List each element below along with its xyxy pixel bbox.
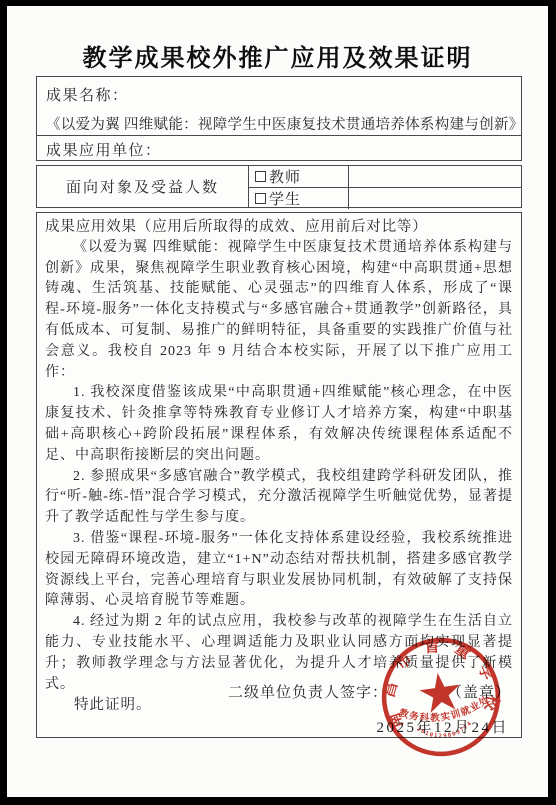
page-title: 教学成果校外推广应用及效果证明 xyxy=(7,38,548,73)
student-checkbox xyxy=(255,193,266,204)
audience-table: 面向对象及受益人数 教师 学生 xyxy=(36,165,522,208)
audience-grid: 教师 学生 xyxy=(249,166,521,207)
teacher-count-cell xyxy=(349,166,521,188)
achievement-info-table: 成果名称： 《以爱为翼 四维赋能：视障学生中医康复技术贯通培养体系构建与创新》 … xyxy=(36,76,522,161)
effect-header: 成果应用效果（应用后所取得的成效、应用前后对比等） xyxy=(45,217,513,238)
achievement-name-label: 成果名称： xyxy=(46,84,512,105)
effect-paragraph: 2. 参照成果“多感官融合”教学模式，我校组建跨学科研发团队，推行“听-触-练-… xyxy=(45,467,513,529)
achievement-name-row: 成果名称： 《以爱为翼 四维赋能：视障学生中医康复技术贯通培养体系构建与创新》 xyxy=(37,77,521,136)
student-checkbox-label: 学生 xyxy=(269,188,301,209)
audience-option-student: 学生 xyxy=(249,188,349,209)
signature-label: 二级单位负责人签字： xyxy=(228,681,388,702)
applying-unit-label: 成果应用单位： xyxy=(37,136,521,160)
audience-label: 面向对象及受益人数 xyxy=(37,166,249,207)
teacher-checkbox xyxy=(255,171,266,182)
effect-paragraph: 1. 我校深度借鉴该成果“中高职贯通+四维赋能”核心理念，在中医康复技术、针灸推… xyxy=(45,383,513,466)
seal-star-icon xyxy=(417,670,463,714)
teacher-checkbox-label: 教师 xyxy=(269,166,301,187)
official-seal: 南昌市盲童学校 教务科教实训就业处 36101290097748 xyxy=(370,626,512,768)
audience-option-teacher: 教师 xyxy=(249,166,349,188)
student-count-cell xyxy=(349,188,521,209)
effect-paragraph: 3. 借鉴“课程-环境-服务”一体化支持体系建设经验，我校系统推进校园无障碍环境… xyxy=(45,529,513,612)
achievement-name-value: 《以爱为翼 四维赋能：视障学生中医康复技术贯通培养体系构建与创新》 xyxy=(46,113,512,134)
effect-paragraph: 《以爱为翼 四维赋能：视障学生中医康复技术贯通培养体系构建与创新》成果，聚焦视障… xyxy=(45,238,513,384)
document-page: 教学成果校外推广应用及效果证明 成果名称： 《以爱为翼 四维赋能：视障学生中医康… xyxy=(7,6,548,797)
